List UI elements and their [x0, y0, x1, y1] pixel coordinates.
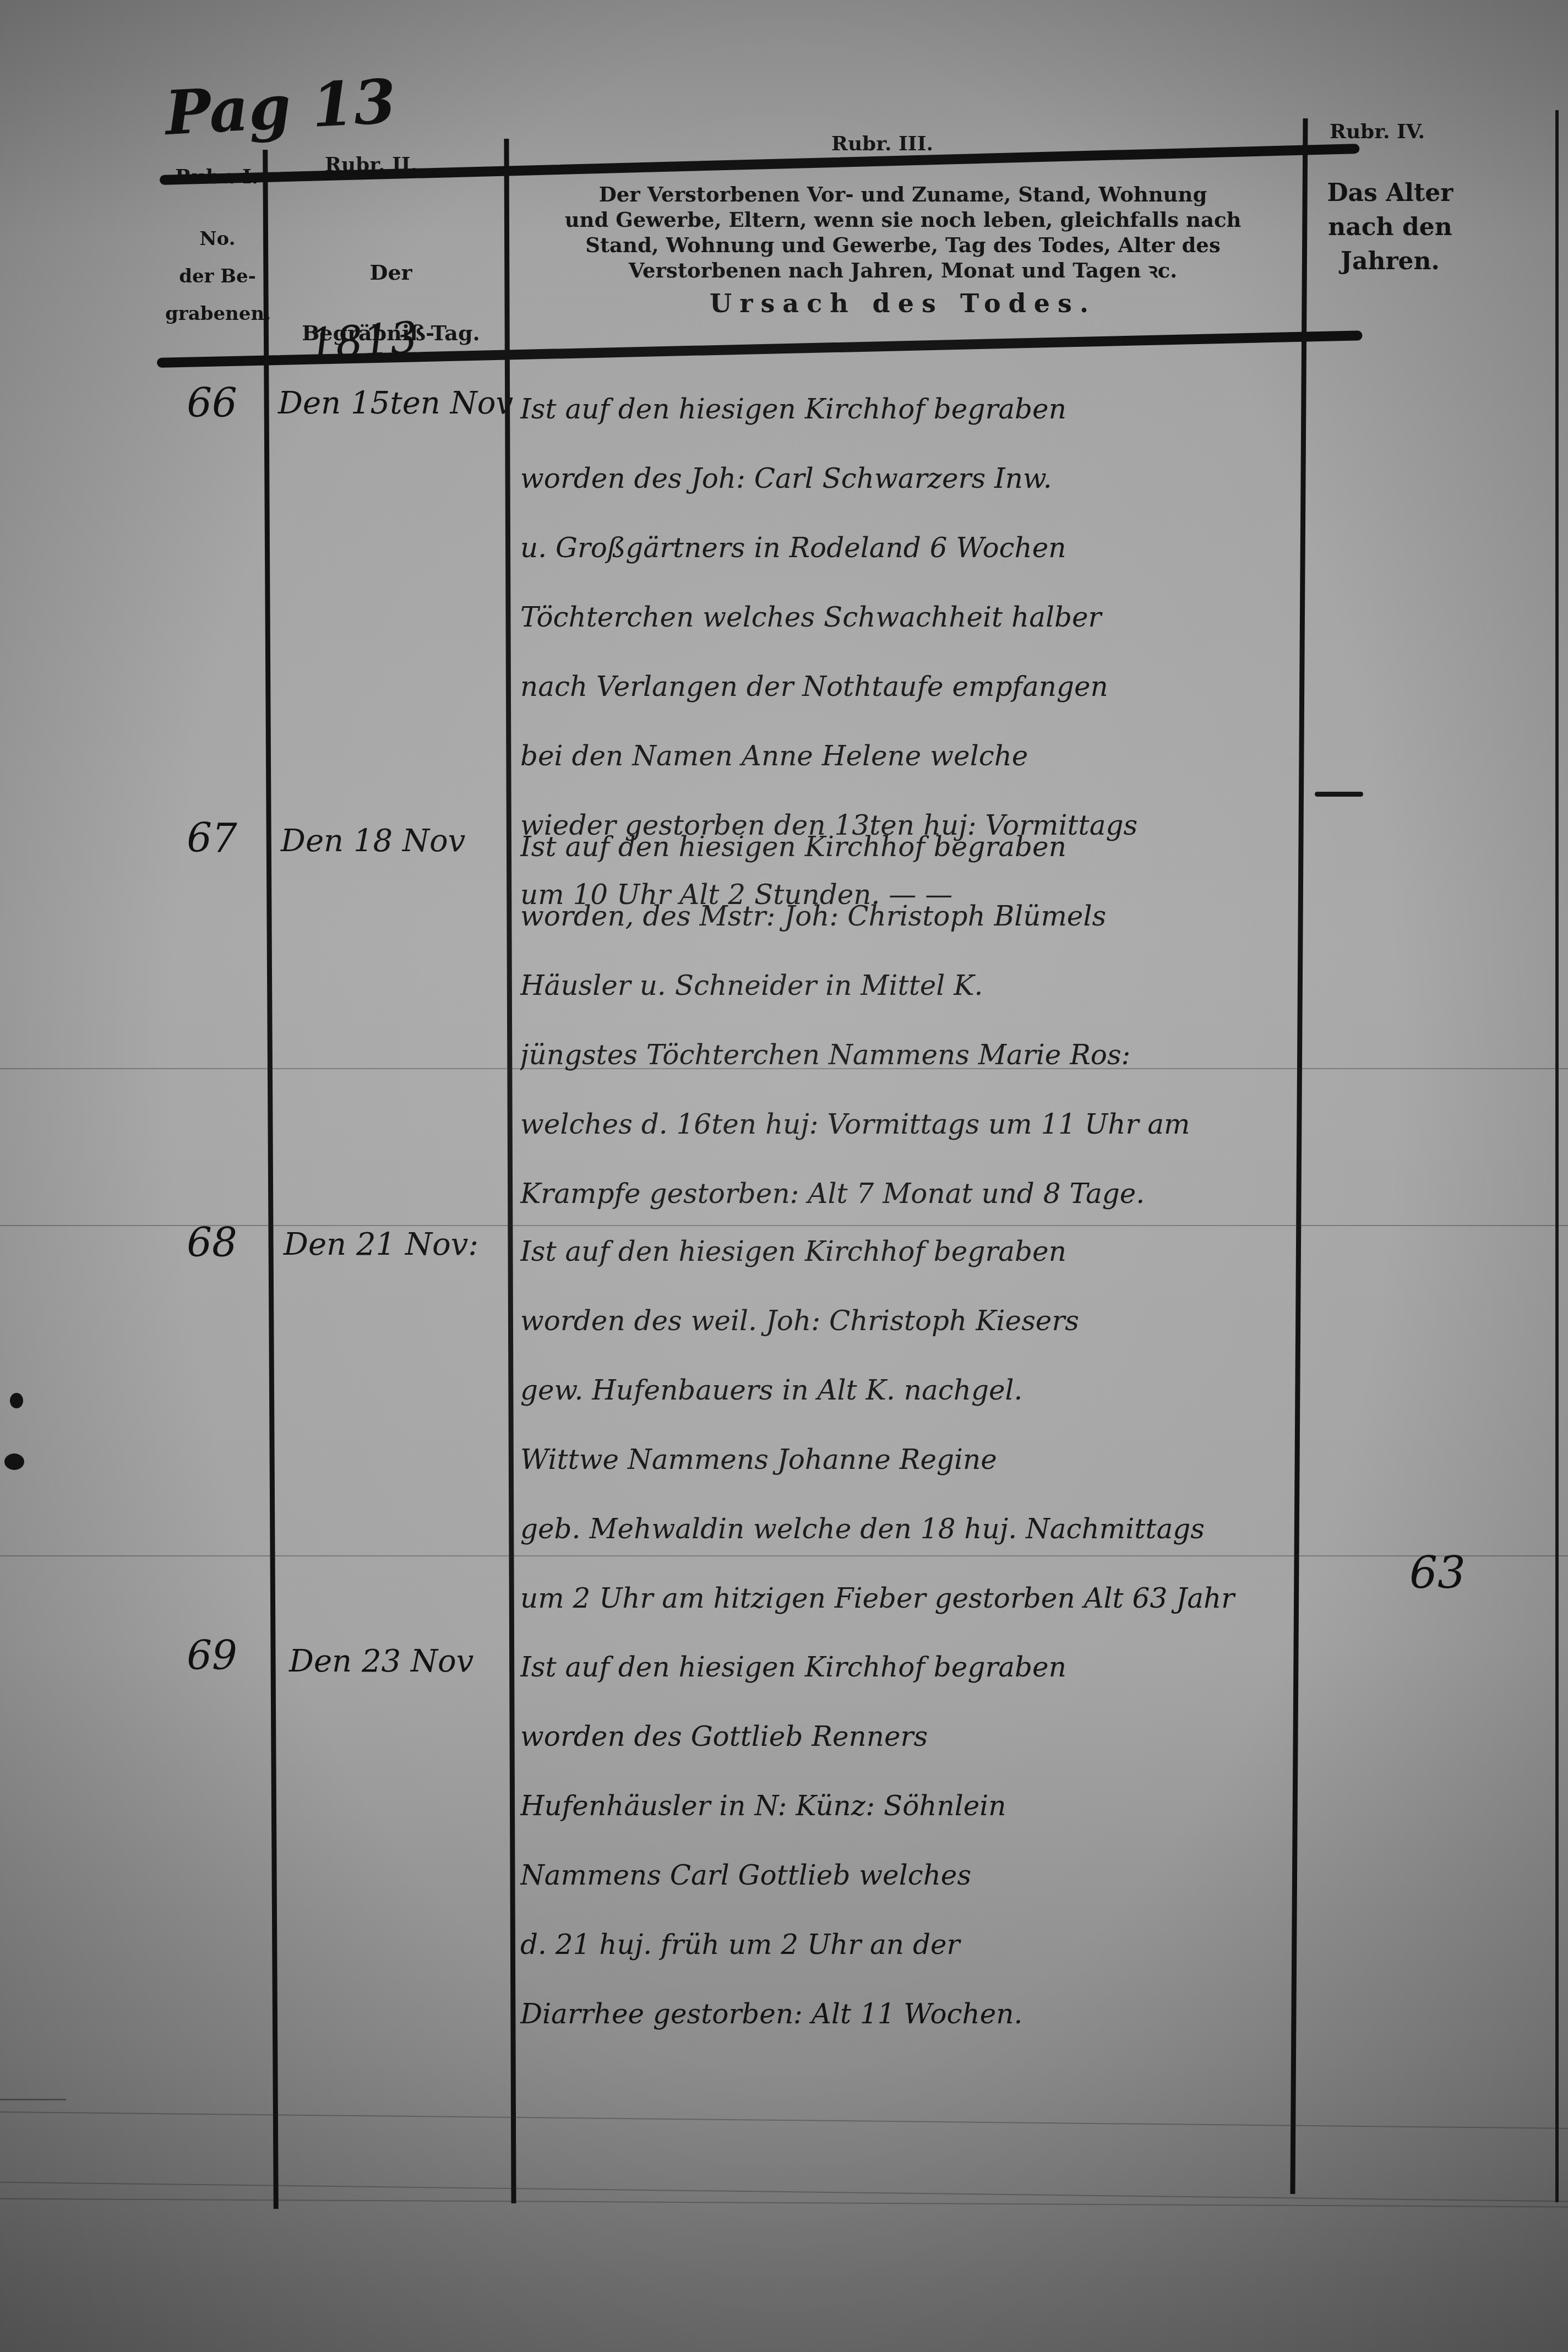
- header-col1-line: No.: [165, 220, 270, 258]
- header-col1-line: der Be-: [165, 258, 270, 295]
- entry-line: geb. Mehwaldin welche den 18 huj. Nachmi…: [520, 1494, 1302, 1564]
- entry-line: worden des Gottlieb Renners: [520, 1702, 1302, 1771]
- ruled-line: [0, 2198, 1568, 2208]
- burial-date: Den 18 Nov: [281, 823, 465, 859]
- register-page: Pag 13 Rubr. I. Rubr. II. Rubr. III. Rub…: [0, 0, 1568, 2352]
- entry-line: Ist auf den hiesigen Kirchhof begraben: [520, 812, 1302, 881]
- burial-date: Den 21 Nov:: [284, 1227, 478, 1262]
- entry-text: Ist auf den hiesigen Kirchhof begraben w…: [520, 1217, 1302, 1633]
- entry-number: 69: [157, 1632, 267, 1679]
- entry-line: worden des Joh: Carl Schwarzers Inw.: [520, 444, 1302, 513]
- entry-line: u. Großgärtners in Rodeland 6 Wochen: [520, 513, 1302, 582]
- header-col3-line: und Gewerbe, Eltern, wenn sie noch leben…: [515, 207, 1291, 232]
- ruled-line: [0, 2111, 1568, 2129]
- filler-dash: [1315, 792, 1363, 797]
- header-col4-line: Das Alter: [1305, 176, 1476, 210]
- column-divider-2: [504, 139, 516, 2203]
- entry-line: nach Verlangen der Nothtaufe empfangen: [520, 652, 1302, 721]
- age-years: 63: [1409, 1547, 1466, 1598]
- ink-blot: [10, 1393, 23, 1408]
- entry-line: bei den Namen Anne Helene welche: [520, 721, 1302, 791]
- header-col1-line: grabenen.: [165, 295, 270, 333]
- entry-line: um 2 Uhr am hitzigen Fieber gestorben Al…: [520, 1564, 1302, 1633]
- entry-number: 66: [157, 380, 267, 426]
- entry-line: Wittwe Nammens Johanne Regine: [520, 1425, 1302, 1494]
- header-col3-line: Der Verstorbenen Vor- und Zuname, Stand,…: [515, 182, 1291, 207]
- header-col4: Das Alter nach den Jahren.: [1305, 176, 1476, 279]
- header-col4-line: nach den: [1305, 210, 1476, 244]
- entry-number: 67: [157, 815, 267, 861]
- entry-line: d. 21 huj. früh um 2 Uhr an der: [520, 1910, 1302, 1979]
- entry-line: worden, des Mstr: Joh: Christoph Blümels: [520, 881, 1302, 951]
- entry-line: jüngstes Töchterchen Nammens Marie Ros:: [520, 1020, 1302, 1090]
- rubric-3-label: Rubr. III.: [831, 132, 933, 155]
- entry-line: Hufenhäusler in N: Künz: Söhnlein: [520, 1771, 1302, 1841]
- entry-line: Diarrhee gestorben: Alt 11 Wochen.: [520, 1979, 1302, 2049]
- page-right-border: [1555, 110, 1559, 2202]
- entry-line: Ist auf den hiesigen Kirchhof begraben: [520, 1217, 1302, 1286]
- burial-date: Den 15ten Nov: [278, 385, 513, 421]
- burial-date: Den 23 Nov: [289, 1643, 473, 1679]
- entry-line: gew. Hufenbauers in Alt K. nachgel.: [520, 1355, 1302, 1425]
- rubric-4-label: Rubr. IV.: [1330, 120, 1425, 143]
- header-col3-line: Verstorbenen nach Jahren, Monat und Tage…: [515, 258, 1291, 283]
- entry-line: worden des weil. Joh: Christoph Kiesers: [520, 1286, 1302, 1355]
- entry-line: welches d. 16ten huj: Vormittags um 11 U…: [520, 1090, 1302, 1159]
- header-col3-line: Stand, Wohnung und Gewerbe, Tag des Tode…: [515, 232, 1291, 258]
- header-col3: Der Verstorbenen Vor- und Zuname, Stand,…: [515, 182, 1291, 316]
- margin-mark: [0, 2099, 66, 2100]
- ink-blot: [4, 1453, 24, 1470]
- entry-line: Ist auf den hiesigen Kirchhof begraben: [520, 1632, 1302, 1702]
- entry-line: Töchterchen welches Schwachheit halber: [520, 582, 1302, 652]
- entry-line: Nammens Carl Gottlieb welches: [520, 1841, 1302, 1910]
- header-col1: No. der Be- grabenen.: [165, 220, 270, 333]
- entry-text: Ist auf den hiesigen Kirchhof begraben w…: [520, 1632, 1302, 2049]
- entry-text: Ist auf den hiesigen Kirchhof begraben w…: [520, 812, 1302, 1228]
- entry-number: 68: [157, 1219, 267, 1266]
- header-col2-line: Der: [273, 242, 509, 303]
- entry-line: Häusler u. Schneider in Mittel K.: [520, 951, 1302, 1020]
- register-year: 1813: [307, 313, 419, 370]
- page-number: Pag 13: [164, 66, 398, 149]
- entry-line: Ist auf den hiesigen Kirchhof begraben: [520, 374, 1302, 444]
- column-divider-1: [263, 150, 279, 2209]
- header-col4-line: Jahren.: [1305, 244, 1476, 279]
- header-cause-of-death: Ursach des Todes.: [515, 291, 1291, 316]
